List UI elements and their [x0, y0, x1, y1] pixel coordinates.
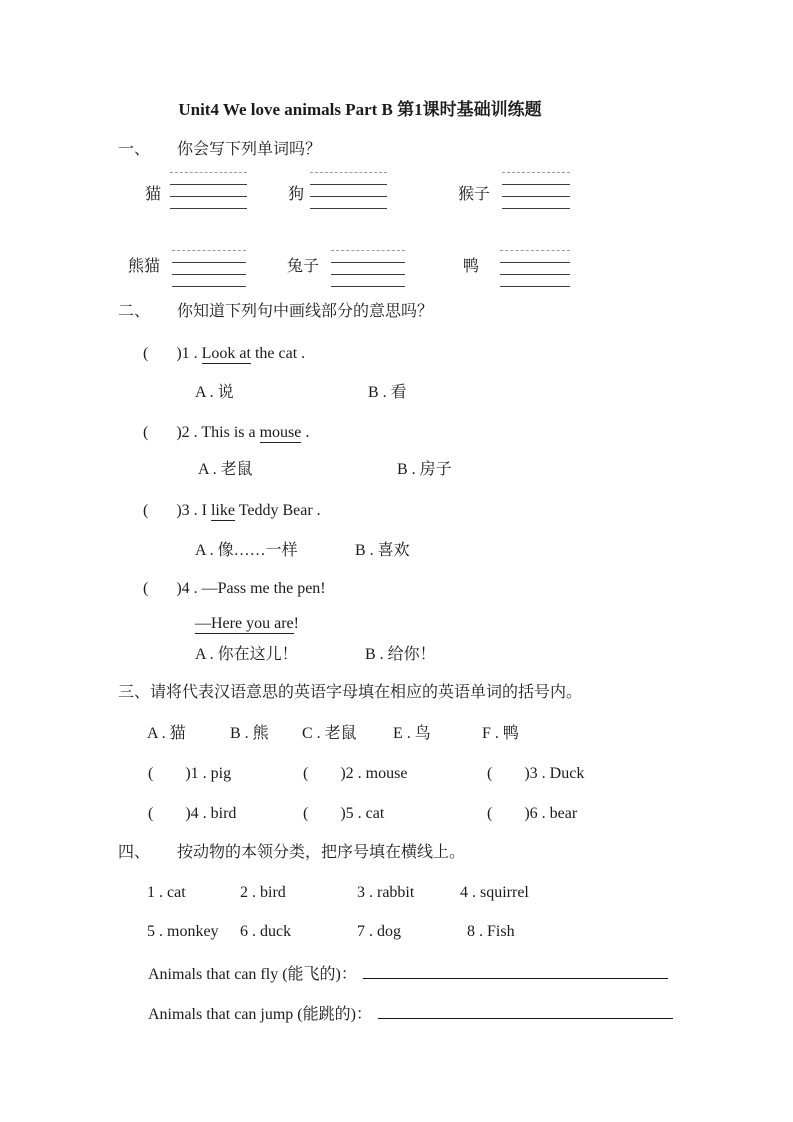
- match-item-3: ( )3 . Duck: [487, 764, 584, 784]
- match-item-6: ( )6 . bear: [487, 804, 577, 824]
- animal-word-8: 8 . Fish: [467, 922, 515, 942]
- match-item-2: ( )2 . mouse: [303, 764, 407, 784]
- match-item-5: ( )5 . cat: [303, 804, 384, 824]
- question-4-option-a: A . 你在这儿！: [195, 645, 298, 665]
- section-3-choice-a: A . 猫: [147, 724, 186, 744]
- writing-line: [170, 196, 247, 197]
- jump-label: Animals that can jump (能跳的)：: [148, 1006, 372, 1023]
- writing-grid: [172, 250, 246, 288]
- underlined-phrase: —Here you are: [195, 615, 294, 634]
- section-2-heading: 二、你知道下列句中画线部分的意思吗？: [118, 302, 433, 322]
- writing-grid: [500, 250, 570, 288]
- sentence-text: !: [294, 615, 299, 632]
- section-4-heading: 四、按动物的本领分类，把序号填在横线上。: [118, 843, 465, 863]
- answer-bracket: ( )4 .: [143, 580, 202, 597]
- section-2-title: 你知道下列句中画线部分的意思吗？: [177, 303, 433, 320]
- writing-line: [170, 208, 247, 209]
- word-label-monkey: 猴子: [458, 185, 490, 205]
- writing-line: [500, 262, 570, 263]
- answer-bracket: ( )2 .: [143, 424, 201, 441]
- animal-word-5: 5 . monkey: [147, 922, 219, 942]
- writing-line: [331, 262, 405, 263]
- writing-line: [331, 250, 405, 251]
- writing-line: [500, 274, 570, 275]
- question-4: ( )4 . —Pass me the pen!: [143, 579, 326, 599]
- fly-answer-line: Animals that can fly (能飞的)：: [148, 961, 668, 985]
- underlined-phrase: Look at: [202, 345, 251, 364]
- writing-line: [170, 172, 247, 173]
- section-3-choice-e: E . 鸟: [393, 724, 431, 744]
- sentence-text: the cat .: [251, 345, 305, 362]
- writing-line: [500, 286, 570, 287]
- match-item-4: ( )4 . bird: [148, 804, 236, 824]
- question-4-reply-line: —Here you are!: [195, 614, 299, 634]
- animal-word-3: 3 . rabbit: [357, 883, 414, 903]
- writing-line: [331, 286, 405, 287]
- animal-word-6: 6 . duck: [240, 922, 291, 942]
- word-label-cat: 猫: [145, 185, 161, 205]
- fly-answer-blank: [363, 961, 668, 979]
- section-4-title: 按动物的本领分类，把序号填在横线上。: [177, 844, 465, 861]
- question-1-option-a: A . 说: [195, 383, 234, 403]
- section-3-heading: 三、请将代表汉语意思的英语字母填在相应的英语单词的括号内。: [118, 683, 582, 703]
- jump-answer-blank: [378, 1001, 673, 1019]
- question-3-option-a: A . 像……一样: [195, 541, 298, 561]
- writing-line: [310, 196, 387, 197]
- writing-line: [310, 184, 387, 185]
- section-4-number: 四、: [118, 844, 150, 861]
- writing-line: [310, 172, 387, 173]
- worksheet-page: Unit4 We love animals Part B 第1课时基础训练题 一…: [0, 0, 793, 1122]
- writing-line: [172, 262, 246, 263]
- section-3-choice-c: C . 老鼠: [302, 724, 357, 744]
- writing-grid: [310, 172, 387, 210]
- section-3-title: 三、请将代表汉语意思的英语字母填在相应的英语单词的括号内。: [118, 684, 582, 701]
- writing-line: [172, 274, 246, 275]
- question-2: ( )2 . This is a mouse .: [143, 423, 309, 443]
- question-1: ( )1 . Look at the cat .: [143, 344, 305, 364]
- section-1-number: 一、: [118, 141, 150, 158]
- section-3-choice-b: B . 熊: [230, 724, 269, 744]
- question-4-option-b: B . 给你！: [365, 645, 436, 665]
- sentence-text: —Pass me the pen!: [202, 580, 326, 597]
- writing-line: [500, 250, 570, 251]
- writing-line: [310, 208, 387, 209]
- section-1-heading: 一、你会写下列单词吗？: [118, 140, 321, 160]
- sentence-text: This is a: [201, 424, 259, 441]
- answer-bracket: ( )1 .: [143, 345, 202, 362]
- question-2-option-b: B . 房子: [397, 460, 452, 480]
- underlined-phrase: mouse: [260, 424, 302, 443]
- word-label-panda: 熊猫: [128, 257, 160, 277]
- animal-word-4: 4 . squirrel: [460, 883, 529, 903]
- question-2-option-a: A . 老鼠: [198, 460, 253, 480]
- question-1-option-b: B . 看: [368, 383, 407, 403]
- writing-line: [331, 274, 405, 275]
- question-3: ( )3 . I like Teddy Bear .: [143, 501, 321, 521]
- word-label-dog: 狗: [288, 185, 304, 205]
- word-label-rabbit: 兔子: [287, 257, 319, 277]
- writing-line: [172, 250, 246, 251]
- sentence-text: I: [202, 502, 211, 519]
- fly-label: Animals that can fly (能飞的)：: [148, 966, 357, 983]
- writing-line: [172, 286, 246, 287]
- writing-grid: [170, 172, 247, 210]
- writing-line: [502, 196, 570, 197]
- page-title: Unit4 We love animals Part B 第1课时基础训练题: [0, 99, 720, 121]
- section-1-title: 你会写下列单词吗？: [177, 141, 321, 158]
- sentence-text: Teddy Bear .: [235, 502, 321, 519]
- question-3-option-b: B . 喜欢: [355, 541, 410, 561]
- writing-line: [170, 184, 247, 185]
- answer-bracket: ( )3 .: [143, 502, 202, 519]
- section-3-choice-f: F . 鸭: [482, 724, 519, 744]
- animal-word-2: 2 . bird: [240, 883, 286, 903]
- writing-grid: [331, 250, 405, 288]
- writing-line: [502, 208, 570, 209]
- word-label-duck: 鸭: [463, 257, 479, 277]
- animal-word-1: 1 . cat: [147, 883, 186, 903]
- animal-word-7: 7 . dog: [357, 922, 401, 942]
- sentence-text: .: [301, 424, 309, 441]
- writing-line: [502, 184, 570, 185]
- match-item-1: ( )1 . pig: [148, 764, 231, 784]
- underlined-phrase: like: [211, 502, 235, 521]
- jump-answer-line: Animals that can jump (能跳的)：: [148, 1001, 673, 1025]
- section-2-number: 二、: [118, 303, 150, 320]
- writing-line: [502, 172, 570, 173]
- writing-grid: [502, 172, 570, 210]
